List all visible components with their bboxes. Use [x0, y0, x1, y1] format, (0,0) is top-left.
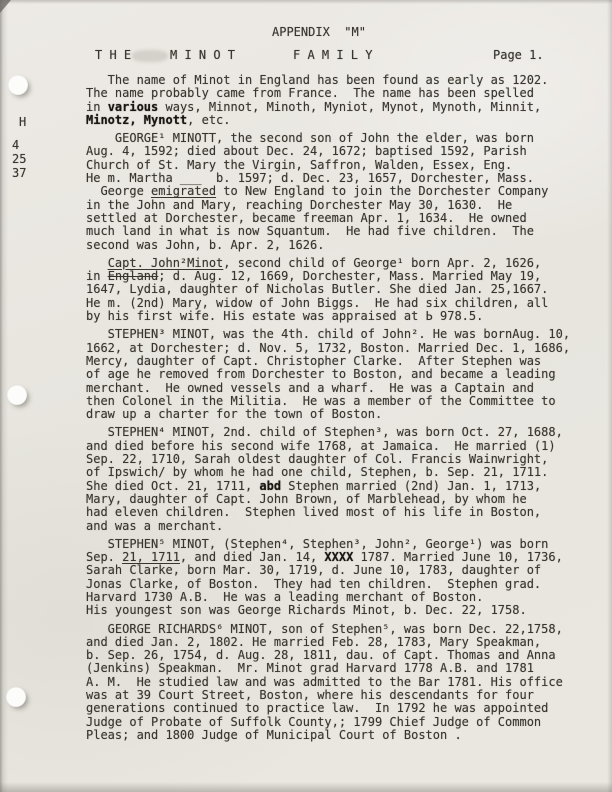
page-number-label: Page 1.	[493, 48, 544, 62]
margin-mark-h: H	[19, 116, 26, 129]
text-line: GEORGE RICHARDS⁶ MINOT, son of Stephen⁵,…	[86, 623, 594, 636]
paragraph: The name of Minot in England has been fo…	[86, 74, 594, 127]
text-line: by his first wife. His estate was apprai…	[86, 310, 594, 323]
scanned-document-page: H 4 25 37 APPENDIX "M" T H E M I N O T F…	[0, 0, 612, 792]
text-line: Aug. 4, 1592; died about Dec. 24, 1672; …	[86, 145, 594, 158]
text-line: in various ways, Minnot, Minoth, Myniot,…	[86, 101, 594, 114]
paragraph: GEORGE RICHARDS⁶ MINOT, son of Stephen⁵,…	[86, 623, 594, 743]
punch-hole-bottom	[6, 687, 26, 707]
title-family: F A M I L Y	[293, 48, 372, 62]
punch-hole-middle	[7, 385, 27, 405]
text-line: of Ipswich/ by whom he had one child, St…	[86, 466, 594, 479]
scan-corner-artifact	[0, 0, 11, 13]
text-line: STEPHEN³ MINOT, was the 4th. child of Jo…	[86, 328, 594, 341]
text-line: Jonas Clarke, of Boston. They had ten ch…	[86, 578, 594, 591]
paragraph: STEPHEN⁴ MINOT, 2nd. child of Stephen³, …	[86, 426, 594, 532]
text-line: (Jenkins) Speakman. Mr. Minot grad Harva…	[86, 662, 594, 675]
text-line: generations continued to practice law. I…	[86, 702, 594, 715]
text-line: second was John, b. Apr. 2, 1626.	[86, 239, 594, 252]
paragraph: GEORGE¹ MINOTT, the second son of John t…	[86, 132, 594, 252]
text-line: had eleven children. Stephen lived most …	[86, 506, 594, 519]
text-line: The name probably came from France. The …	[86, 87, 594, 100]
appendix-heading: APPENDIX "M"	[272, 25, 366, 39]
paragraph: STEPHEN³ MINOT, was the 4th. child of Jo…	[86, 328, 594, 421]
text-line: Judge of Probate of Suffolk County,; 179…	[86, 716, 594, 729]
margin-mark-37: 37	[12, 167, 26, 180]
scan-edge-right	[607, 0, 612, 792]
text-line: much land in what is now Squantum. He ha…	[86, 225, 594, 238]
text-line: and was a merchant.	[86, 520, 594, 533]
title-minot: M I N O T	[170, 48, 235, 62]
paragraph: Capt. John²Minot, second child of George…	[86, 257, 594, 323]
margin-mark-4: 4	[12, 139, 19, 152]
paragraph: STEPHEN⁵ MINOT, (Stephen⁴, Stephen³, Joh…	[86, 538, 594, 618]
text-line: George emigrated to New England to join …	[86, 185, 594, 198]
text-line: 1647, Lydia, daughter of Nicholas Butler…	[86, 283, 594, 296]
erasure-smudge	[132, 50, 168, 62]
punch-hole-top	[8, 75, 28, 95]
scan-edge-top	[0, 0, 612, 4]
text-line: STEPHEN⁴ MINOT, 2nd. child of Stephen³, …	[86, 426, 594, 439]
text-line: draw up a charter for the town of Boston…	[86, 408, 594, 421]
text-line: 1662, at Dorchester; d. Nov. 5, 1732, Bo…	[86, 342, 594, 355]
document-body: The name of Minot in England has been fo…	[86, 74, 594, 747]
text-line: Minotz, Mynott, etc.	[86, 114, 594, 127]
text-line: Pleas; and 1800 Judge of Municipal Court…	[86, 729, 594, 742]
text-line: merchant. He owned vessels and a wharf. …	[86, 382, 594, 395]
text-line: in the John and Mary, reaching Dorcheste…	[86, 199, 594, 212]
text-line: Sarah Clarke, born Mar. 30, 1719, d. Jun…	[86, 564, 594, 577]
scan-edge-bottom	[0, 782, 612, 792]
margin-mark-25: 25	[12, 153, 26, 166]
text-line: His youngest son was George Richards Min…	[86, 604, 594, 617]
title-the: T H E	[95, 48, 131, 62]
text-line: of age he removed from Dorchester to Bos…	[86, 368, 594, 381]
text-line: She died Oct. 21, 1711, abd Stephen marr…	[86, 480, 594, 493]
